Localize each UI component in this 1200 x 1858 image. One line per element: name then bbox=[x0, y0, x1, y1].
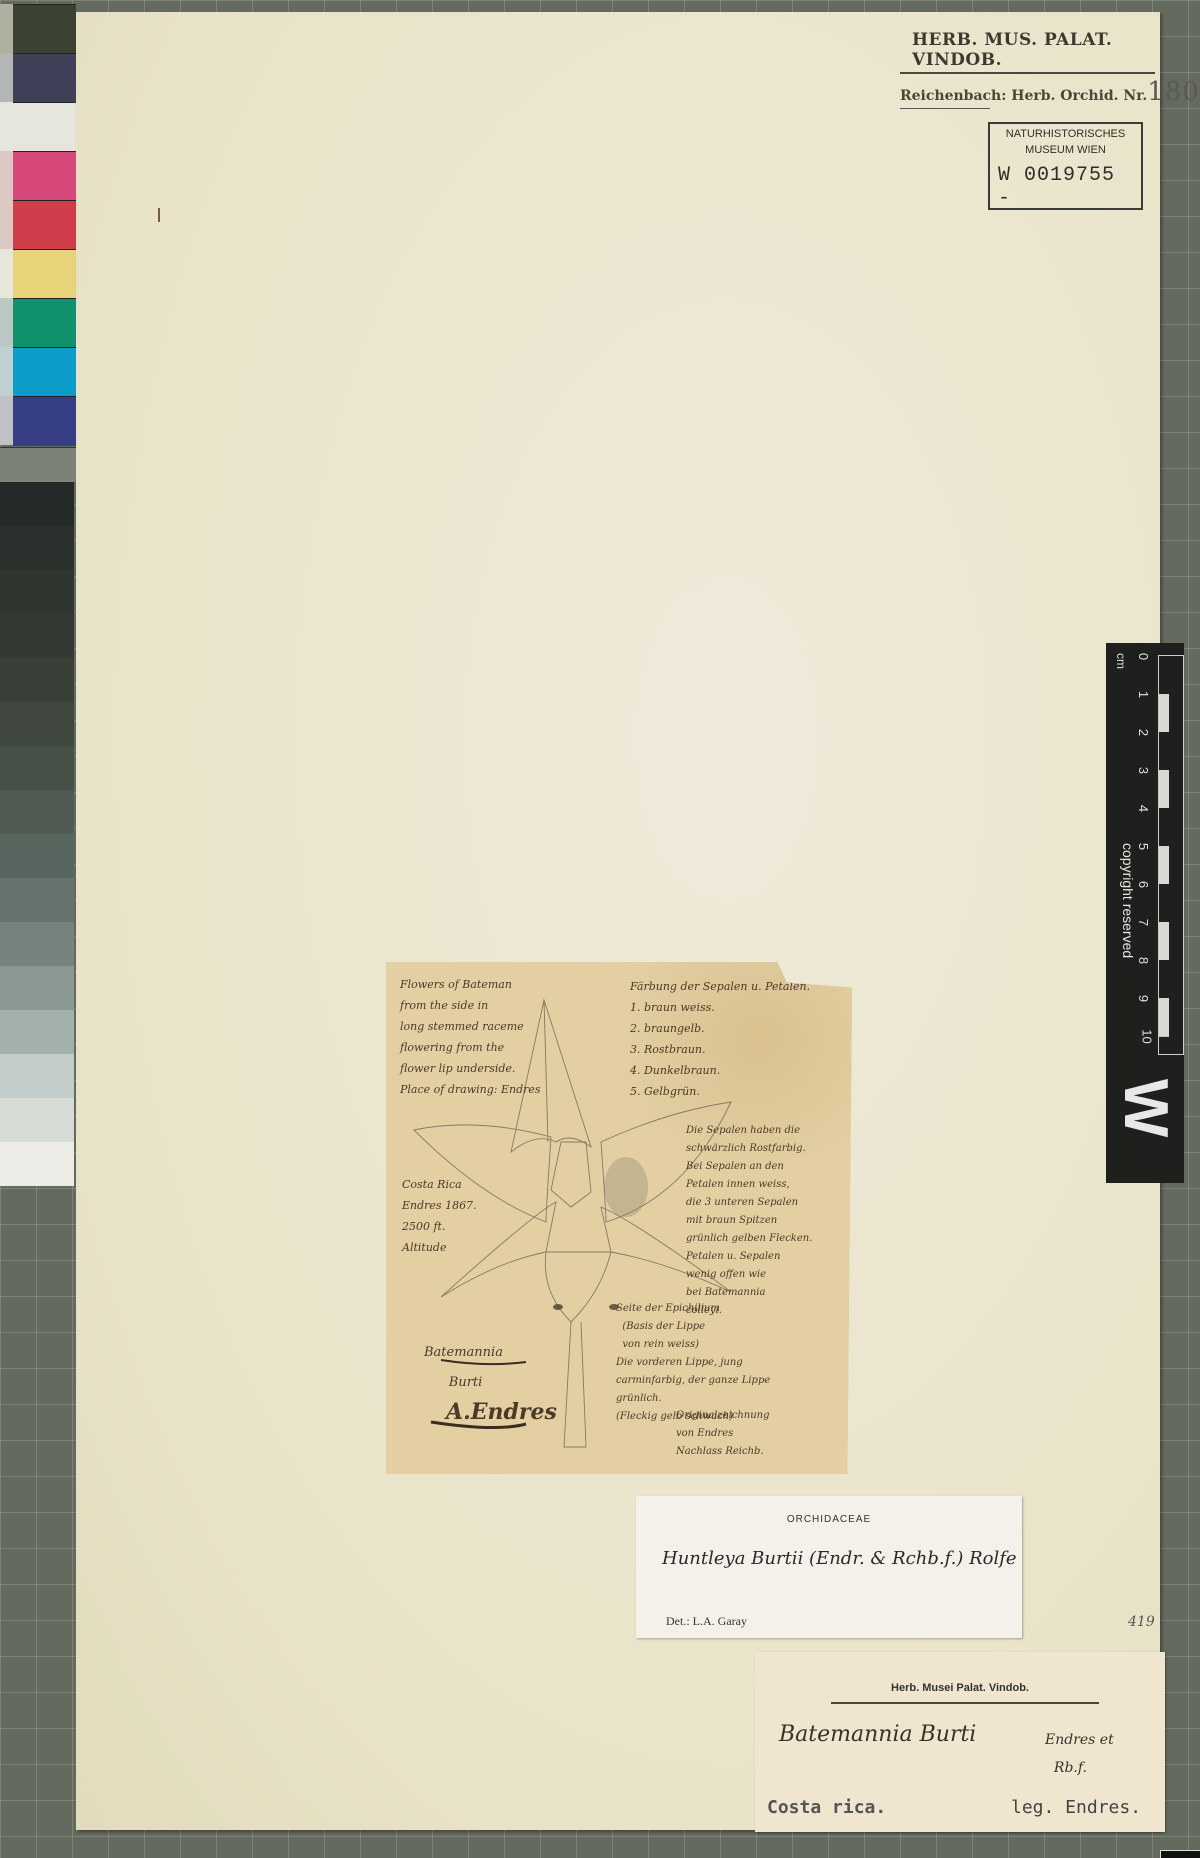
herbarium-name: HERB. MUS. PALAT. VINDOB. bbox=[900, 30, 1190, 70]
gray-step bbox=[0, 746, 74, 790]
sketch-source-notes: Originalzeichnung von Endres Nachlass Re… bbox=[676, 1407, 770, 1461]
ruler-segment bbox=[1159, 694, 1169, 733]
ruler-segment bbox=[1159, 884, 1169, 923]
label-header: Herb. Musei Palat. Vindob. bbox=[755, 1682, 1165, 1694]
ruler-segment bbox=[1159, 846, 1169, 885]
museum-barcode-stamp: NATURHISTORISCHES MUSEUM WIEN W 0019755 … bbox=[988, 122, 1143, 210]
determination-label: ORCHIDACEAE Huntleya Burtii (Endr. & Rch… bbox=[636, 1496, 1022, 1638]
ruler-segment bbox=[1159, 732, 1169, 771]
species-authority: Endres et Rb.f. bbox=[1045, 1726, 1114, 1782]
gray-step bbox=[0, 966, 74, 1010]
copyright-notice: copyright reserved bbox=[1120, 843, 1136, 958]
ruler-tick-label: 6 bbox=[1136, 881, 1151, 888]
ruler-segment bbox=[1159, 656, 1169, 695]
gray-step bbox=[0, 1054, 74, 1098]
scale-ruler: cm 012345678910 copyright reserved W bbox=[1106, 643, 1184, 1183]
gray-step bbox=[0, 526, 74, 570]
herbarium-header-stamp: HERB. MUS. PALAT. VINDOB. Reichenbach: H… bbox=[900, 30, 1190, 109]
gray-step bbox=[0, 834, 74, 878]
color-patch bbox=[0, 102, 76, 151]
gray-step bbox=[0, 614, 74, 658]
country: Costa rica. bbox=[767, 1797, 886, 1818]
ruler-segment bbox=[1159, 922, 1169, 961]
stamp-underline bbox=[900, 108, 990, 109]
color-patch bbox=[0, 396, 76, 445]
museum-name-line1: NATURHISTORISCHES bbox=[990, 128, 1141, 140]
collector: leg. Endres. bbox=[1011, 1797, 1141, 1818]
taxon-name: Huntleya Burtii (Endr. & Rchb.f.) Rolfe bbox=[662, 1548, 1017, 1569]
orchid-sketch-paper: Flowers of Bateman from the side in long… bbox=[386, 962, 852, 1474]
pencil-mark bbox=[158, 208, 160, 222]
corner-badge bbox=[1160, 1850, 1200, 1858]
color-patch bbox=[0, 249, 76, 298]
original-collection-label: Herb. Musei Palat. Vindob. Batemannia Bu… bbox=[755, 1652, 1165, 1832]
color-patch bbox=[0, 53, 76, 102]
ruler-tick-label: 0 bbox=[1136, 653, 1151, 660]
color-patch bbox=[0, 200, 76, 249]
gray-step bbox=[0, 1142, 74, 1186]
ruler-tick-label: 4 bbox=[1136, 805, 1151, 812]
museum-logo-w: W bbox=[1105, 1073, 1185, 1143]
gray-step bbox=[0, 702, 74, 746]
determiner: Det.: L.A. Garay bbox=[666, 1614, 747, 1629]
gray-step bbox=[0, 922, 74, 966]
color-patch bbox=[0, 4, 76, 53]
ruler-tick-label: 1 bbox=[1136, 691, 1151, 698]
ruler-tick-label: 8 bbox=[1136, 957, 1151, 964]
color-patch bbox=[0, 298, 76, 347]
ruler-tick-label: 5 bbox=[1136, 843, 1151, 850]
ruler-tick-label: 10 bbox=[1140, 1029, 1155, 1043]
sketch-color-notes: Färbung der Sepalen u. Petalen. 1. braun… bbox=[630, 976, 810, 1102]
gray-step bbox=[0, 658, 74, 702]
ruler-tick-label: 9 bbox=[1136, 995, 1151, 1002]
ruler-segment bbox=[1159, 808, 1169, 847]
gray-step bbox=[0, 1098, 74, 1142]
ruler-tick-label: 7 bbox=[1136, 919, 1151, 926]
sketch-signature: A.Endres bbox=[446, 1402, 557, 1423]
gray-step bbox=[0, 790, 74, 834]
ruler-scale-bar bbox=[1158, 655, 1184, 1055]
species-name: Batemannia Burti bbox=[779, 1722, 976, 1747]
gray-step bbox=[0, 878, 74, 922]
specimen-id: W 0019755 - bbox=[998, 164, 1141, 210]
family-name: ORCHIDACEAE bbox=[636, 1514, 1022, 1525]
gray-step bbox=[0, 570, 74, 614]
color-patch bbox=[0, 151, 76, 200]
museum-name-line2: MUSEUM WIEN bbox=[990, 144, 1141, 156]
ruler-segment bbox=[1159, 998, 1169, 1037]
ruler-unit: cm bbox=[1114, 653, 1128, 669]
sketch-locality-notes: Costa Rica Endres 1867. 2500 ft. Altitud… bbox=[402, 1174, 477, 1258]
sketch-left-notes: Flowers of Bateman from the side in long… bbox=[400, 974, 541, 1100]
stamp-rule bbox=[900, 72, 1155, 74]
ruler-tick-label: 2 bbox=[1136, 729, 1151, 736]
sketch-description-notes: Die Sepalen haben die schwärzlich Rostfa… bbox=[686, 1122, 812, 1320]
gray-step bbox=[0, 482, 74, 526]
ruler-segment bbox=[1159, 770, 1169, 809]
orchid-number: 18002 bbox=[1147, 77, 1200, 107]
sketch-species-name: Batemannia Burti bbox=[424, 1338, 503, 1398]
label-rule bbox=[831, 1702, 1099, 1704]
reichenbach-line: Reichenbach: Herb. Orchid. Nr.18002 bbox=[900, 77, 1190, 107]
color-chart-gray-band bbox=[0, 447, 76, 482]
ruler-segment bbox=[1159, 960, 1169, 999]
gray-step bbox=[0, 1010, 74, 1054]
ruler-tick-label: 3 bbox=[1136, 767, 1151, 774]
color-patch bbox=[0, 347, 76, 396]
catalog-number: 419 bbox=[1128, 1614, 1155, 1630]
reichenbach-label: Reichenbach: Herb. Orchid. Nr. bbox=[900, 88, 1147, 104]
